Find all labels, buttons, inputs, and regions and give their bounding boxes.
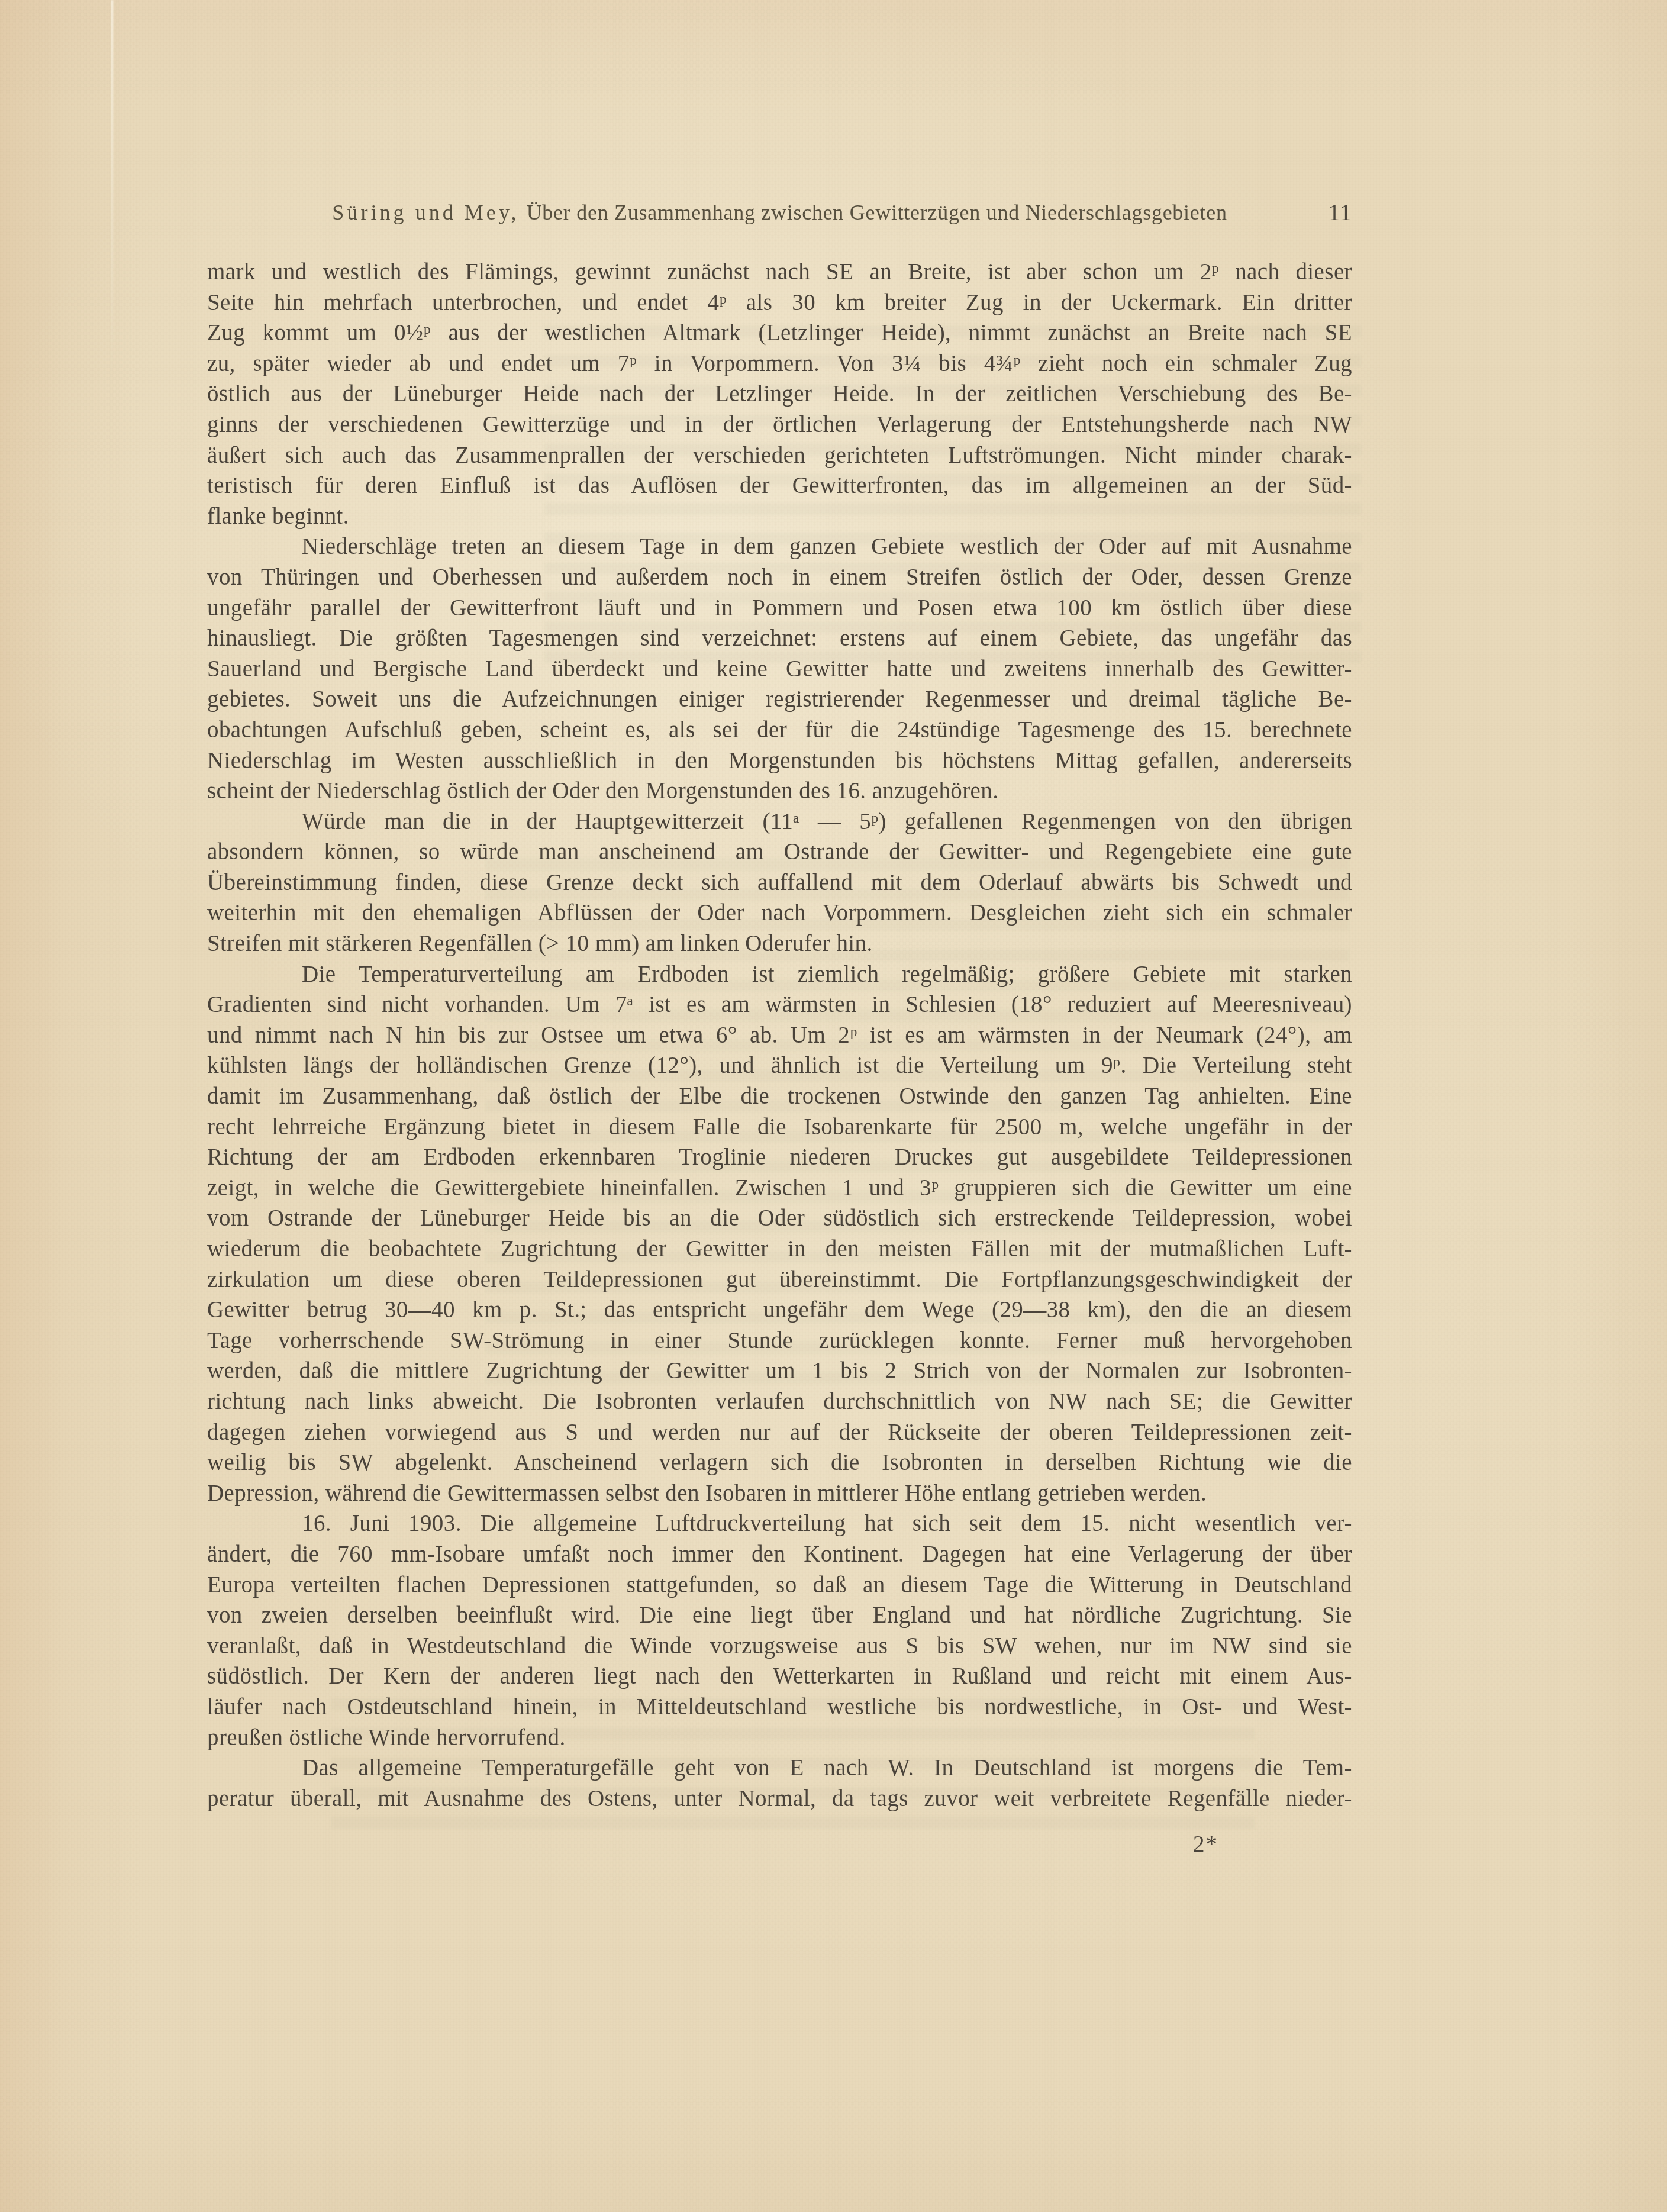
text-line: ändert, die 760 mm-Isobare umfaßt noch i… xyxy=(207,1539,1352,1570)
text-line: Richtung der am Erdboden erkennbaren Tro… xyxy=(207,1142,1352,1173)
text-line: von Thüringen und Oberhessen und außerde… xyxy=(207,562,1352,593)
text-line: dagegen ziehen vorwiegend aus S und werd… xyxy=(207,1417,1352,1448)
text-line: richtung nach links abweicht. Die Isobro… xyxy=(207,1386,1352,1417)
text-line: südöstlich. Der Kern der anderen liegt n… xyxy=(207,1661,1352,1692)
paper-fold-line xyxy=(111,0,113,379)
text-line: ungefähr parallel der Gewitterfront läuf… xyxy=(207,593,1352,624)
page-number: 11 xyxy=(1328,199,1352,226)
text-line: Niederschläge treten an diesem Tage in d… xyxy=(207,531,1352,562)
text-line: Seite hin mehrfach unterbrochen, und end… xyxy=(207,288,1352,318)
text-line: weilig bis SW abgelenkt. Anscheinend ver… xyxy=(207,1447,1352,1478)
text-line: obachtungen Aufschluß geben, scheint es,… xyxy=(207,715,1352,746)
running-head-authors: Süring und Mey, xyxy=(332,201,519,224)
text-line: veranlaßt, daß in Westdeutschland die Wi… xyxy=(207,1631,1352,1662)
text-line: zeigt, in welche die Gewittergebiete hin… xyxy=(207,1173,1352,1204)
text-line: Übereinstimmung finden, diese Grenze dec… xyxy=(207,868,1352,898)
text-line: vom Ostrande der Lüneburger Heide bis an… xyxy=(207,1203,1352,1234)
running-head: Süring und Mey,Über den Zusammenhang zwi… xyxy=(207,199,1352,228)
text-line: teristisch für deren Einfluß ist das Auf… xyxy=(207,470,1352,501)
text-line: Gewitter betrug 30—40 km p. St.; das ent… xyxy=(207,1295,1352,1326)
text-line: kühlsten längs der holländischen Grenze … xyxy=(207,1050,1352,1081)
text-line: peratur überall, mit Ausnahme des Ostens… xyxy=(207,1784,1352,1814)
text-line: recht lehrreiche Ergänzung bietet in die… xyxy=(207,1112,1352,1143)
text-line: preußen östliche Winde hervorrufend. xyxy=(207,1723,1352,1753)
text-line: zu, später wieder ab und endet um 7ᵖ in … xyxy=(207,349,1352,379)
text-line: hinausliegt. Die größten Tagesmengen sin… xyxy=(207,623,1352,654)
text-line: Die Temperaturverteilung am Erdboden ist… xyxy=(207,959,1352,990)
scanned-page: Süring und Mey,Über den Zusammenhang zwi… xyxy=(0,0,1667,2212)
text-line: Gradienten sind nicht vorhanden. Um 7ᵃ i… xyxy=(207,989,1352,1020)
text-line: und nimmt nach N hin bis zur Ostsee um e… xyxy=(207,1020,1352,1051)
running-head-text: Süring und Mey,Über den Zusammenhang zwi… xyxy=(207,199,1352,226)
text-line: Niederschlag im Westen ausschließlich in… xyxy=(207,746,1352,776)
text-line: Depression, während die Gewittermassen s… xyxy=(207,1478,1352,1509)
text-line: wiederum die beobachtete Zugrichtung der… xyxy=(207,1234,1352,1265)
text-line: Zug kommt um 0½ᵖ aus der westlichen Altm… xyxy=(207,318,1352,349)
running-head-title: Über den Zusammenhang zwischen Gewitterz… xyxy=(527,201,1227,224)
text-line: Europa verteilten flachen Depressionen s… xyxy=(207,1570,1352,1601)
text-line: absondern können, so würde man anscheine… xyxy=(207,837,1352,868)
text-line: ginns der verschiedenen Gewitterzüge und… xyxy=(207,409,1352,440)
text-line: läufer nach Ostdeutschland hinein, in Mi… xyxy=(207,1692,1352,1723)
text-line: Streifen mit stärkeren Regenfällen (> 10… xyxy=(207,928,1352,959)
text-line: damit im Zusammenhang, daß östlich der E… xyxy=(207,1081,1352,1112)
text-line: äußert sich auch das Zusammenprallen der… xyxy=(207,440,1352,471)
text-line: Sauerland und Bergische Land überdeckt u… xyxy=(207,654,1352,685)
text-line: Würde man die in der Hauptgewitterzeit (… xyxy=(207,807,1352,837)
text-line: von zweien derselben beeinflußt wird. Di… xyxy=(207,1600,1352,1631)
text-line: werden, daß die mittlere Zugrichtung der… xyxy=(207,1356,1352,1386)
text-line: 16. Juni 1903. Die allgemeine Luftdruckv… xyxy=(207,1508,1352,1539)
text-line: Das allgemeine Temperaturgefälle geht vo… xyxy=(207,1753,1352,1784)
text-line: weiterhin mit den ehemaligen Abflüssen d… xyxy=(207,898,1352,928)
text-line: mark und westlich des Flämings, gewinnt … xyxy=(207,257,1352,288)
text-line: Tage vorherrschende SW-Strömung in einer… xyxy=(207,1326,1352,1356)
text-line: flanke beginnt. xyxy=(207,501,1352,532)
text-line: scheint der Niederschlag östlich der Ode… xyxy=(207,776,1352,807)
signature-mark: 2* xyxy=(1193,1831,1218,1858)
body-text-block: mark und westlich des Flämings, gewinnt … xyxy=(207,257,1352,1814)
text-line: östlich aus der Lüneburger Heide nach de… xyxy=(207,379,1352,409)
text-line: gebietes. Soweit uns die Aufzeichnungen … xyxy=(207,684,1352,715)
text-line: zirkulation um diese oberen Teildepressi… xyxy=(207,1265,1352,1295)
